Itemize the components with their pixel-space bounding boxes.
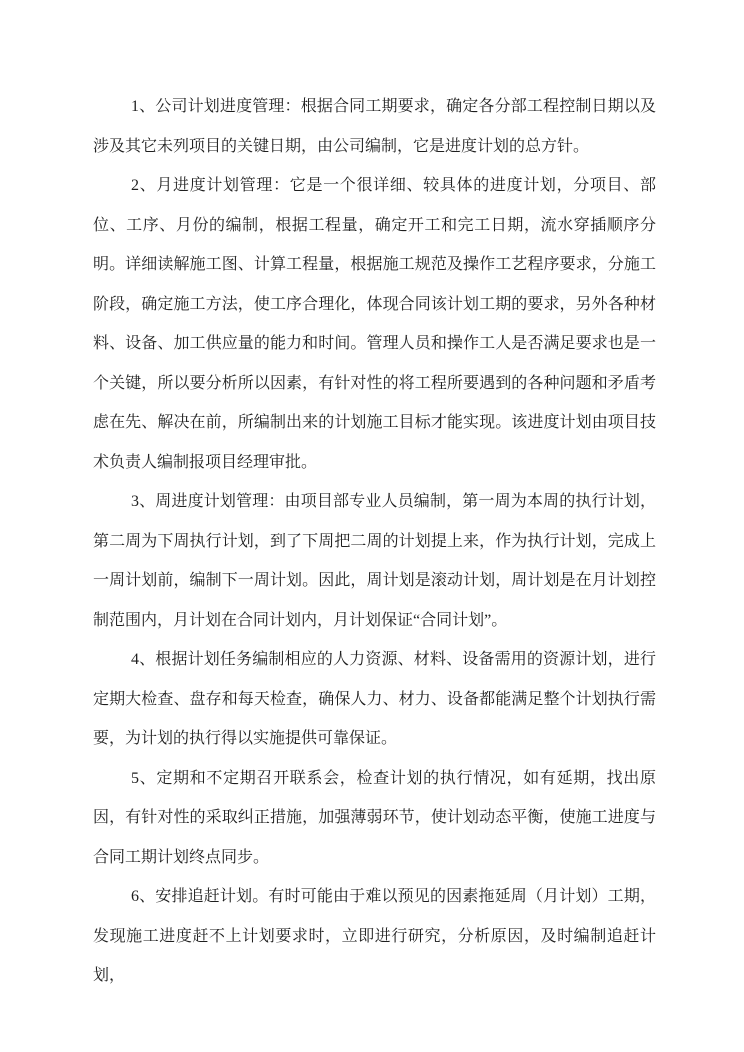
paragraph-monthly-plan: 2、月进度计划管理：它是一个很详细、较具体的进度计划，分项目、部位、工序、月份的… <box>93 166 656 482</box>
paragraph-catchup-plan: 6、安排追赶计划。有时可能由于难以预见的因素拖延周（月计划）工期，发现施工进度赶… <box>93 877 656 996</box>
document-page: 1、公司计划进度管理：根据合同工期要求，确定各分部工程控制日期以及涉及其它未列项… <box>0 0 744 1052</box>
paragraph-company-plan: 1、公司计划进度管理：根据合同工期要求，确定各分部工程控制日期以及涉及其它未列项… <box>93 87 656 166</box>
document-body: 1、公司计划进度管理：根据合同工期要求，确定各分部工程控制日期以及涉及其它未列项… <box>93 87 656 996</box>
paragraph-liaison-meeting: 5、定期和不定期召开联系会，检查计划的执行情况，如有延期，找出原因，有针对性的采… <box>93 759 656 878</box>
paragraph-weekly-plan: 3、周进度计划管理：由项目部专业人员编制，第一周为本周的执行计划，第二周为下周执… <box>93 482 656 640</box>
paragraph-resource-plan: 4、根据计划任务编制相应的人力资源、材料、设备需用的资源计划，进行定期大检查、盘… <box>93 640 656 759</box>
